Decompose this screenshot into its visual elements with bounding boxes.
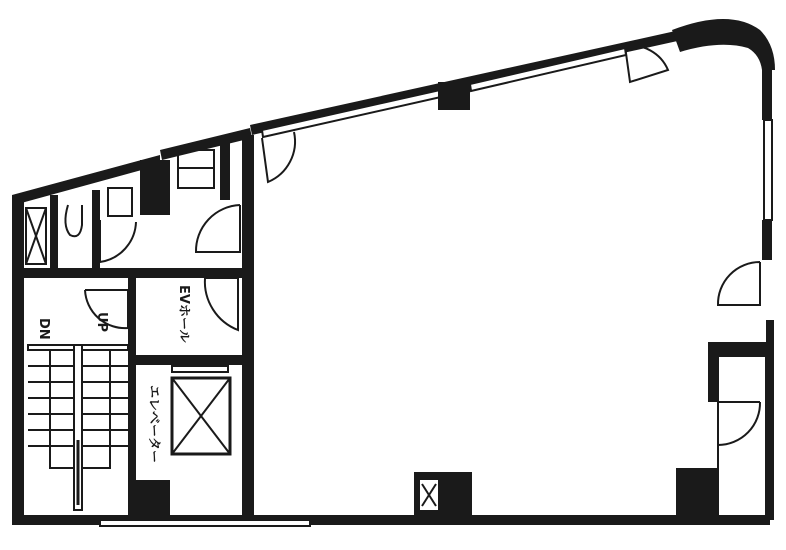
label-dn: DN — [36, 318, 51, 340]
window-right — [764, 120, 772, 220]
label-elevator: エレベーター — [146, 385, 161, 463]
toilet-icon — [65, 205, 82, 236]
elevator-icon — [172, 366, 230, 454]
staircase — [28, 345, 128, 510]
label-ev-hall: EVホール — [176, 285, 191, 344]
label-up: UP — [94, 312, 109, 332]
floor-plan: DN UP EVホール エレベーター — [0, 0, 786, 550]
doors — [85, 46, 760, 445]
interior-walls — [20, 82, 774, 520]
duct-icon — [26, 208, 46, 264]
pipe-shaft-icon — [420, 480, 438, 510]
